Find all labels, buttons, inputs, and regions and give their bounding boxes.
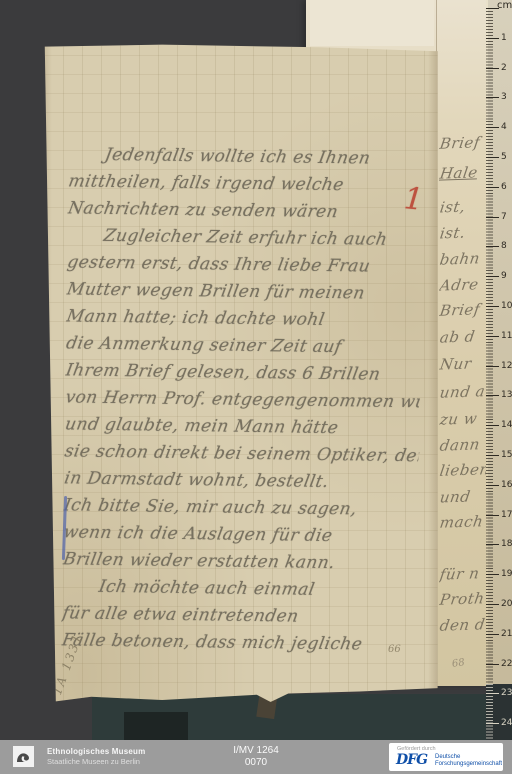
back-page-fragment: ab d (439, 327, 476, 346)
ruler-tick (486, 723, 499, 724)
ruler-number: 2 (501, 63, 507, 73)
ruler-number: 12 (501, 361, 512, 371)
ruler-tick (486, 693, 499, 694)
ruler-number: 19 (501, 569, 512, 579)
ruler-number: 8 (501, 241, 507, 251)
back-page-fragment: lieben (439, 460, 486, 480)
ruler-number: 1 (501, 33, 507, 43)
ruler-tick (486, 366, 499, 367)
ruler-tick (486, 38, 499, 39)
ruler-number: 21 (501, 629, 512, 639)
ruler-number: 10 (501, 301, 512, 311)
back-page-fragment: Hale (439, 163, 479, 182)
ruler-number: 18 (501, 539, 512, 549)
back-page-fragment: ist, (439, 198, 467, 217)
handwriting-line: Fälle betonen, dass mich jegliche (59, 630, 418, 662)
ruler-tick (486, 455, 499, 456)
back-page-fragment: für n (439, 564, 481, 583)
ruler-tick (486, 8, 499, 9)
letter-page: Jedenfalls wollte ich es Ihnenmittheilen… (44, 44, 438, 702)
ruler-tick (486, 515, 499, 516)
ruler-number: 23 (501, 688, 512, 698)
ruler-number: 14 (501, 420, 512, 430)
ruler-unit-label: cm (497, 0, 512, 11)
background-board-shadow (124, 712, 188, 742)
ruler-tick (486, 544, 499, 545)
ruler-number: 22 (501, 659, 512, 669)
ruler-tick (486, 395, 499, 396)
ruler-number: 15 (501, 450, 512, 460)
ruler-number: 24 (501, 718, 512, 728)
back-page-fragment: Proth (439, 589, 486, 609)
letter-lines: Jedenfalls wollte ich es Ihnenmittheilen… (35, 44, 438, 707)
ruler-tick (486, 336, 499, 337)
ruler-tick (486, 306, 499, 307)
ruler: cm 1234567891011121314151617181920212223… (486, 0, 512, 740)
back-page-fragment: dann (439, 435, 481, 454)
ruler-number: 9 (501, 271, 507, 281)
ruler-tick (486, 187, 499, 188)
back-page-fragment: und a (439, 382, 486, 402)
ruler-number: 17 (501, 510, 512, 520)
ruler-number: 7 (501, 212, 507, 222)
ruler-tick (486, 664, 499, 665)
back-page-fragment: Brief (439, 300, 481, 319)
ruler-tick (486, 97, 499, 98)
back-page-fragment: und (439, 487, 472, 506)
ruler-number: 4 (501, 122, 507, 132)
ruler-mm-ticks (486, 8, 493, 684)
ruler-number: 16 (501, 480, 512, 490)
ruler-tick (486, 574, 499, 575)
ruler-number: 6 (501, 182, 507, 192)
dfg-name-line2: Forschungsgemeinschaft (435, 761, 502, 768)
back-page-fragment: mach (439, 512, 485, 531)
back-page-fragment: Nur (439, 354, 473, 373)
ruler-number: 20 (501, 599, 512, 609)
pencil-number: 68 (451, 657, 465, 670)
funding-box: Gefördert durch DFG Deutsche Forschungsg… (389, 743, 503, 771)
ruler-tick (486, 127, 499, 128)
ruler-tick (486, 68, 499, 69)
ruler-number: 5 (501, 152, 507, 162)
red-pencil-mark: 1 (403, 181, 425, 218)
ruler-number: 11 (501, 331, 512, 341)
dfg-name-line1: Deutsche (435, 754, 502, 761)
back-page-fragment: Brief (439, 133, 481, 152)
dfg-name: Deutsche Forschungsgemeinschaft (435, 754, 502, 768)
ruler-tick (486, 604, 499, 605)
ruler-tick (486, 634, 499, 635)
ruler-tick (486, 157, 499, 158)
back-page-fragment: zu w (439, 409, 479, 428)
pencil-number: 66 (388, 644, 401, 655)
dfg-logo: DFG (396, 752, 427, 768)
ruler-number: 3 (501, 92, 507, 102)
ruler-tick (486, 276, 499, 277)
ruler-mm-ticks-dark (486, 684, 493, 740)
back-page-fragment: den d (439, 615, 486, 635)
back-sheet-top-fold (310, 0, 434, 46)
back-page-fragment: ist. (439, 224, 467, 243)
back-page-fragment: bahn (439, 249, 481, 268)
back-page-fragment: Adre (439, 275, 480, 294)
ruler-tick (486, 246, 499, 247)
footer-bar: Ethnologisches Museum Staatliche Museen … (0, 740, 512, 774)
ruler-tick (486, 425, 499, 426)
ruler-number: 13 (501, 390, 512, 400)
ruler-tick (486, 485, 499, 486)
ruler-tick (486, 217, 499, 218)
back-page-fragments: BriefHaleist,ist.bahnAdreBriefab dNurund… (439, 0, 486, 686)
document-scan: BriefHaleist,ist.bahnAdreBriefab dNurund… (0, 0, 512, 774)
